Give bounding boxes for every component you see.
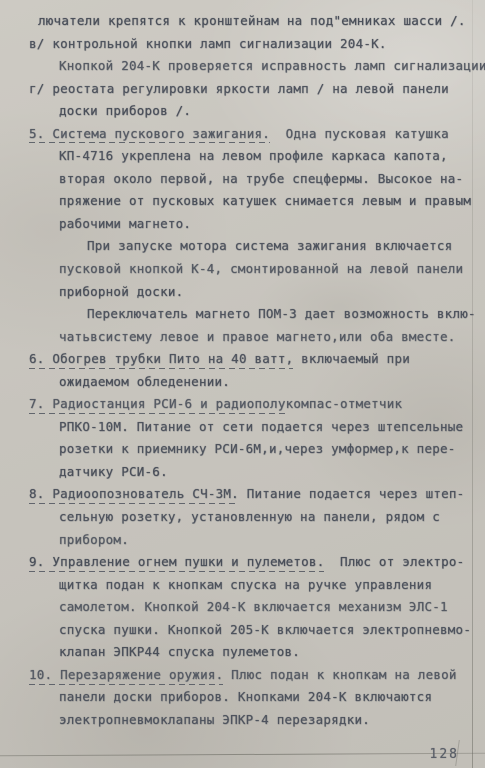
text-segment: датчику РСИ-6. xyxy=(59,464,168,479)
text-line: прибором. xyxy=(0,529,485,552)
text-segment: чатьвсистему левое и правое магнето,или … xyxy=(59,329,456,344)
text-line: 5. Система пускового зажигания. Одна пус… xyxy=(0,123,485,146)
text-line: рабочими магнето. xyxy=(0,213,485,236)
underlined-heading-text: 6. Обогрев трубки Пито на 40 ватт, xyxy=(29,351,293,369)
text-segment: компас-отметчик xyxy=(286,396,403,411)
underlined-heading-text: 7. Радиостанция РСИ-6 и радиополу xyxy=(29,396,286,414)
text-segment: рабочими магнето. xyxy=(59,216,191,231)
underlined-heading-text: 9. Управление огнем пушки и пулеметов. xyxy=(29,554,324,572)
text-segment: Плюс подан к кнопкам на левой xyxy=(223,667,456,682)
text-segment: пряжение от пусковых катушек снимается л… xyxy=(59,193,471,208)
text-segment: в/ контрольной кнопки ламп сигнализации … xyxy=(29,36,387,51)
text-line: 10. Перезаряжение оружия. Плюс подан к к… xyxy=(0,664,485,687)
text-segment: доски приборов /. xyxy=(59,103,191,118)
text-segment: КП-4716 укреплена на левом профиле карка… xyxy=(59,148,448,163)
text-segment: клапан ЭПКР44 спуска пулеметов. xyxy=(59,644,300,659)
document-page: лючатели крепятся к кронштейнам на под"е… xyxy=(0,0,485,768)
text-line: КП-4716 укреплена на левом профиле карка… xyxy=(0,145,485,168)
text-line: 7. Радиостанция РСИ-6 и радиополукомпас-… xyxy=(0,393,485,416)
text-segment: Питание подается через штеп- xyxy=(239,486,465,501)
text-segment: щитка подан к кнопкам спуска на ручке уп… xyxy=(59,577,432,592)
text-line: самолетом. Кнопкой 204-К включается меха… xyxy=(0,596,485,619)
underlined-heading-text: 10. Перезаряжение оружия. xyxy=(29,667,223,685)
text-line: в/ контрольной кнопки ламп сигнализации … xyxy=(0,33,485,56)
text-segment: приборной доски. xyxy=(59,284,183,299)
text-line: При запуске мотора система зажигания вкл… xyxy=(0,235,485,258)
text-line: панели доски приборов. Кнопками 204-К вк… xyxy=(0,686,485,709)
page-number: 128 xyxy=(430,747,459,762)
underlined-heading-text: 5. Система пускового зажигания. xyxy=(29,126,270,144)
text-line: ожидаемом обледенении. xyxy=(0,371,485,394)
text-segment: ожидаемом обледенении. xyxy=(59,374,230,389)
text-segment: Одна пусковая катушка xyxy=(270,126,449,141)
text-line: Переключатель магнето ПОМ-3 дает возможн… xyxy=(0,303,485,326)
text-line: датчику РСИ-6. xyxy=(0,461,485,484)
text-segment: РПКО-10М. Питание от сети подается через… xyxy=(59,419,463,434)
bottom-rule xyxy=(0,753,485,757)
text-segment: прибором. xyxy=(59,532,129,547)
text-line: пряжение от пусковых катушек снимается л… xyxy=(0,190,485,213)
page-edge-line xyxy=(472,0,473,768)
text-line: 9. Управление огнем пушки и пулеметов. П… xyxy=(0,551,485,574)
text-segment: При запуске мотора система зажигания вкл… xyxy=(87,238,452,253)
text-line: щитка подан к кнопкам спуска на ручке уп… xyxy=(0,574,485,597)
text-line: клапан ЭПКР44 спуска пулеметов. xyxy=(0,641,485,664)
text-segment: розетки к приемнику РСИ-6М,и,через умфор… xyxy=(59,441,456,456)
text-line: чатьвсистему левое и правое магнето,или … xyxy=(0,326,485,349)
text-line: г/ реостата регулировки яркости ламп / н… xyxy=(0,78,485,101)
underlined-heading-text: 8. Радиоопознователь СЧ-3М. xyxy=(29,486,239,504)
text-segment: самолетом. Кнопкой 204-К включается меха… xyxy=(59,599,448,614)
text-segment: пусковой кнопкой К-4, смонтированной на … xyxy=(59,261,463,276)
typewritten-text-block: лючатели крепятся к кронштейнам на под"е… xyxy=(0,10,485,732)
text-line: РПКО-10М. Питание от сети подается через… xyxy=(0,416,485,439)
text-segment: Кнопкой 204-К проверяется исправность ла… xyxy=(59,58,485,73)
text-line: розетки к приемнику РСИ-6М,и,через умфор… xyxy=(0,438,485,461)
text-line: приборной доски. xyxy=(0,281,485,304)
text-segment: вторая около первой, на трубе спецфермы.… xyxy=(59,171,463,186)
text-segment: г/ реостата регулировки яркости ламп / н… xyxy=(29,81,449,96)
text-line: пусковой кнопкой К-4, смонтированной на … xyxy=(0,258,485,281)
text-segment: лючатели крепятся к кронштейнам на под"е… xyxy=(38,13,466,28)
text-line: 8. Радиоопознователь СЧ-3М. Питание пода… xyxy=(0,483,485,506)
text-segment: Плюс от электро- xyxy=(324,554,464,569)
text-line: спуска пушки. Кнопкой 205-К включается э… xyxy=(0,619,485,642)
text-line: Кнопкой 204-К проверяется исправность ла… xyxy=(0,55,485,78)
text-segment: включаемый при xyxy=(293,351,410,366)
text-line: доски приборов /. xyxy=(0,100,485,123)
text-line: лючатели крепятся к кронштейнам на под"е… xyxy=(0,10,485,33)
text-segment: Переключатель магнето ПОМ-3 дает возможн… xyxy=(87,306,476,321)
text-line: вторая около первой, на трубе спецфермы.… xyxy=(0,168,485,191)
text-segment: электропневмоклапаны ЭПКР-4 перезарядки. xyxy=(59,712,370,727)
text-segment: панели доски приборов. Кнопками 204-К вк… xyxy=(59,689,432,704)
text-line: сельную розетку, установленную на панели… xyxy=(0,506,485,529)
text-segment: спуска пушки. Кнопкой 205-К включается э… xyxy=(59,622,471,637)
text-line: электропневмоклапаны ЭПКР-4 перезарядки. xyxy=(0,709,485,732)
text-line: 6. Обогрев трубки Пито на 40 ватт, включ… xyxy=(0,348,485,371)
text-segment: сельную розетку, установленную на панели… xyxy=(59,509,440,524)
